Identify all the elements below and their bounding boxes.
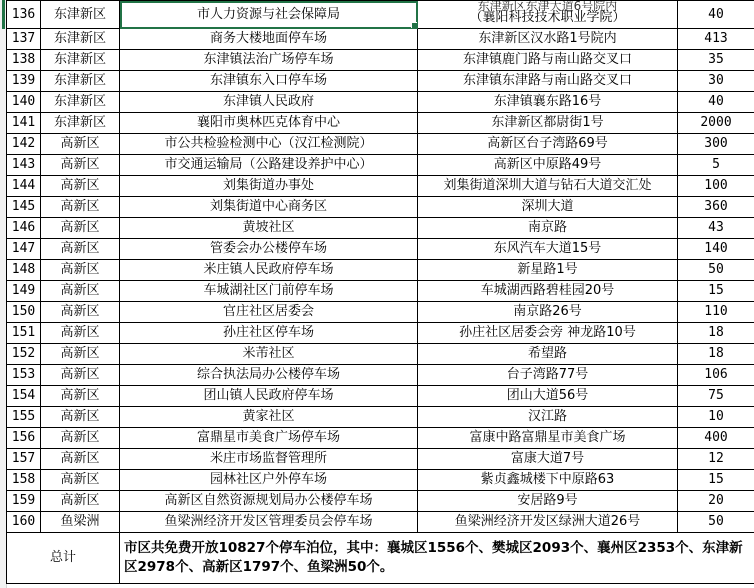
cell-name[interactable]: 刘集街道中心商务区 bbox=[120, 197, 418, 218]
cell-address[interactable]: 刘集街道深圳大道与钻石大道交汇处 bbox=[418, 176, 678, 197]
table-row: 142高新区市公共检验检测中心（汉江检测院）高新区台子湾路69号300 bbox=[7, 134, 754, 155]
cell-name[interactable]: 襄阳市奥林匹克体育中心 bbox=[120, 113, 418, 134]
cell-district[interactable]: 东津新区 bbox=[41, 92, 120, 113]
table-row: 151高新区孙庄社区停车场孙庄社区居委会旁 神龙路10号18 bbox=[7, 323, 754, 344]
cell-address[interactable]: 深圳大道 bbox=[418, 197, 678, 218]
cell-district[interactable]: 东津新区 bbox=[41, 1, 120, 29]
cell-count[interactable]: 360 bbox=[678, 197, 754, 218]
cell-district[interactable]: 高新区 bbox=[41, 155, 120, 176]
cell-address[interactable]: 紫贞鑫城楼下中原路63 bbox=[418, 470, 678, 491]
cell-index[interactable]: 160 bbox=[7, 512, 41, 533]
cell-count[interactable]: 10 bbox=[678, 407, 754, 428]
cell-address[interactable]: 高新区中原路49号 bbox=[418, 155, 678, 176]
cell-index[interactable]: 149 bbox=[7, 281, 41, 302]
cell-address[interactable]: 富康中路富鼎星市美食广场 bbox=[418, 428, 678, 449]
cell-index[interactable]: 146 bbox=[7, 218, 41, 239]
cell-district[interactable]: 高新区 bbox=[41, 260, 120, 281]
cell-count[interactable]: 400 bbox=[678, 428, 754, 449]
cell-index[interactable]: 137 bbox=[7, 29, 41, 50]
cell-district[interactable]: 东津新区 bbox=[41, 50, 120, 71]
cell-index[interactable]: 152 bbox=[7, 344, 41, 365]
cell-count[interactable]: 12 bbox=[678, 449, 754, 470]
cell-address[interactable]: 东津新区东津大道6号院内 （襄阳科技技术职业学院） bbox=[418, 1, 678, 29]
table-row: 154高新区团山镇人民政府停车场团山大道56号75 bbox=[7, 386, 754, 407]
cell-district[interactable]: 高新区 bbox=[41, 386, 120, 407]
cell-district[interactable]: 高新区 bbox=[41, 281, 120, 302]
cell-index[interactable]: 147 bbox=[7, 239, 41, 260]
cell-address[interactable]: 鱼梁洲经济开发区绿洲大道26号 bbox=[418, 512, 678, 533]
cell-name[interactable]: 米庄市场监督管理所 bbox=[120, 449, 418, 470]
cell-index[interactable]: 151 bbox=[7, 323, 41, 344]
cell-name[interactable]: 市交通运输局（公路建设养护中心） bbox=[120, 155, 418, 176]
table-row: 156高新区富鼎星市美食广场停车场富康中路富鼎星市美食广场400 bbox=[7, 428, 754, 449]
cell-name[interactable]: 米芾社区 bbox=[120, 344, 418, 365]
cell-index[interactable]: 142 bbox=[7, 134, 41, 155]
cell-district[interactable]: 高新区 bbox=[41, 365, 120, 386]
cell-name[interactable]: 东津镇法治广场停车场 bbox=[120, 50, 418, 71]
table-row: 149高新区车城湖社区门前停车场车城湖西路碧桂园20号15 bbox=[7, 281, 754, 302]
cell-name[interactable]: 市公共检验检测中心（汉江检测院） bbox=[120, 134, 418, 155]
cell-count[interactable]: 110 bbox=[678, 302, 754, 323]
cell-address[interactable]: 台子湾路77号 bbox=[418, 365, 678, 386]
cell-address[interactable]: 东津镇鹿门路与南山路交叉口 bbox=[418, 50, 678, 71]
cell-count[interactable]: 106 bbox=[678, 365, 754, 386]
cell-address[interactable]: 南京路26号 bbox=[418, 302, 678, 323]
cell-address[interactable]: 东津镇襄东路16号 bbox=[418, 92, 678, 113]
cell-index[interactable]: 139 bbox=[7, 71, 41, 92]
cell-address[interactable]: 东风汽车大道15号 bbox=[418, 239, 678, 260]
table-row: 157高新区米庄市场监督管理所富康大道7号12 bbox=[7, 449, 754, 470]
empty-cell[interactable] bbox=[7, 584, 754, 588]
cell-name[interactable]: 综合执法局办公楼停车场 bbox=[120, 365, 418, 386]
cell-name[interactable]: 管委会办公楼停车场 bbox=[120, 239, 418, 260]
cell-district[interactable]: 高新区 bbox=[41, 302, 120, 323]
cell-count[interactable]: 35 bbox=[678, 50, 754, 71]
cell-district[interactable]: 东津新区 bbox=[41, 71, 120, 92]
cell-district[interactable]: 高新区 bbox=[41, 470, 120, 491]
cell-count[interactable]: 50 bbox=[678, 512, 754, 533]
cell-district[interactable]: 高新区 bbox=[41, 239, 120, 260]
table-row: 148高新区米庄镇人民政府停车场新星路1号50 bbox=[7, 260, 754, 281]
total-row: 总计 市区共免费开放10827个停车泊位，其中：襄城区1556个、樊城区2093… bbox=[7, 533, 754, 584]
cell-index[interactable]: 148 bbox=[7, 260, 41, 281]
cell-name[interactable]: 富鼎星市美食广场停车场 bbox=[120, 428, 418, 449]
cell-index[interactable]: 155 bbox=[7, 407, 41, 428]
parking-table: 136 东津新区 市人力资源与社会保障局 东津新区东津大道6号院内 （襄阳科技技… bbox=[6, 0, 754, 588]
cell-index[interactable]: 141 bbox=[7, 113, 41, 134]
cell-name[interactable]: 米庄镇人民政府停车场 bbox=[120, 260, 418, 281]
cell-district[interactable]: 高新区 bbox=[41, 323, 120, 344]
cell-count[interactable]: 15 bbox=[678, 281, 754, 302]
cell-count[interactable]: 18 bbox=[678, 344, 754, 365]
cell-address[interactable]: 东津新区都尉街1号 bbox=[418, 113, 678, 134]
cell-index[interactable]: 156 bbox=[7, 428, 41, 449]
cell-name[interactable]: 商务大楼地面停车场 bbox=[120, 29, 418, 50]
cell-address[interactable]: 东津镇东津路与南山路交叉口 bbox=[418, 71, 678, 92]
cell-address[interactable]: 车城湖西路碧桂园20号 bbox=[418, 281, 678, 302]
table-row: 137东津新区商务大楼地面停车场东津新区汉水路1号院内413 bbox=[7, 29, 754, 50]
cell-count[interactable]: 100 bbox=[678, 176, 754, 197]
cell-district[interactable]: 高新区 bbox=[41, 491, 120, 512]
cell-address[interactable]: 南京路 bbox=[418, 218, 678, 239]
table-row: 141东津新区襄阳市奥林匹克体育中心东津新区都尉街1号2000 bbox=[7, 113, 754, 134]
cell-count[interactable]: 50 bbox=[678, 260, 754, 281]
cell-name[interactable]: 黄坡社区 bbox=[120, 218, 418, 239]
table-row: 150高新区官庄社区居委会南京路26号110 bbox=[7, 302, 754, 323]
table-row: 145高新区刘集街道中心商务区深圳大道360 bbox=[7, 197, 754, 218]
cell-district[interactable]: 高新区 bbox=[41, 407, 120, 428]
cell-name[interactable]: 高新区自然资源规划局办公楼停车场 bbox=[120, 491, 418, 512]
table-row: 136 东津新区 市人力资源与社会保障局 东津新区东津大道6号院内 （襄阳科技技… bbox=[7, 1, 754, 29]
cell-count[interactable]: 15 bbox=[678, 470, 754, 491]
cell-district[interactable]: 高新区 bbox=[41, 134, 120, 155]
cell-name-text: 市人力资源与社会保障局 bbox=[197, 7, 340, 22]
cell-name[interactable]: 东津镇东入口停车场 bbox=[120, 71, 418, 92]
table-row: 138东津新区东津镇法治广场停车场东津镇鹿门路与南山路交叉口35 bbox=[7, 50, 754, 71]
cell-index[interactable]: 145 bbox=[7, 197, 41, 218]
cell-address[interactable]: 汉江路 bbox=[418, 407, 678, 428]
cell-name[interactable]: 鱼梁洲经济开发区管理委员会停车场 bbox=[120, 512, 418, 533]
cell-address-line2: （襄阳科技技术职业学院） bbox=[469, 10, 625, 25]
cell-district[interactable]: 东津新区 bbox=[41, 29, 120, 50]
cell-address[interactable]: 团山大道56号 bbox=[418, 386, 678, 407]
cell-index[interactable]: 143 bbox=[7, 155, 41, 176]
table-row: 143高新区市交通运输局（公路建设养护中心）高新区中原路49号5 bbox=[7, 155, 754, 176]
table-row: 139东津新区东津镇东入口停车场东津镇东津路与南山路交叉口30 bbox=[7, 71, 754, 92]
cell-district[interactable]: 东津新区 bbox=[41, 113, 120, 134]
cell-name[interactable]: 车城湖社区门前停车场 bbox=[120, 281, 418, 302]
table-row: 146高新区黄坡社区南京路43 bbox=[7, 218, 754, 239]
cell-name[interactable]: 黄家社区 bbox=[120, 407, 418, 428]
cell-address[interactable]: 富康大道7号 bbox=[418, 449, 678, 470]
cell-count[interactable]: 413 bbox=[678, 29, 754, 50]
cell-name[interactable]: 孙庄社区停车场 bbox=[120, 323, 418, 344]
cell-district[interactable]: 鱼梁洲 bbox=[41, 512, 120, 533]
cell-address[interactable]: 新星路1号 bbox=[418, 260, 678, 281]
empty-row bbox=[7, 584, 754, 588]
table-row: 152高新区米芾社区希望路18 bbox=[7, 344, 754, 365]
fill-handle[interactable] bbox=[411, 22, 418, 29]
cell-district[interactable]: 高新区 bbox=[41, 176, 120, 197]
table-row: 155高新区黄家社区汉江路10 bbox=[7, 407, 754, 428]
cell-count[interactable]: 18 bbox=[678, 323, 754, 344]
cell-index[interactable]: 153 bbox=[7, 365, 41, 386]
cell-count[interactable]: 300 bbox=[678, 134, 754, 155]
cell-count[interactable]: 40 bbox=[678, 92, 754, 113]
cell-name[interactable]: 刘集街道办事处 bbox=[120, 176, 418, 197]
table-row: 159高新区高新区自然资源规划局办公楼停车场安居路9号20 bbox=[7, 491, 754, 512]
cell-index[interactable]: 157 bbox=[7, 449, 41, 470]
cell-count[interactable]: 75 bbox=[678, 386, 754, 407]
cell-index[interactable]: 136 bbox=[7, 1, 41, 29]
cell-index[interactable]: 140 bbox=[7, 92, 41, 113]
cell-count[interactable]: 43 bbox=[678, 218, 754, 239]
table-row: 147高新区管委会办公楼停车场东风汽车大道15号140 bbox=[7, 239, 754, 260]
cell-district[interactable]: 高新区 bbox=[41, 197, 120, 218]
cell-address[interactable]: 安居路9号 bbox=[418, 491, 678, 512]
cell-index[interactable]: 154 bbox=[7, 386, 41, 407]
cell-index[interactable]: 150 bbox=[7, 302, 41, 323]
cell-index[interactable]: 144 bbox=[7, 176, 41, 197]
table-row: 153高新区综合执法局办公楼停车场台子湾路77号106 bbox=[7, 365, 754, 386]
cell-name-selected[interactable]: 市人力资源与社会保障局 bbox=[120, 1, 418, 29]
cell-address[interactable]: 希望路 bbox=[418, 344, 678, 365]
cell-index[interactable]: 158 bbox=[7, 470, 41, 491]
selected-row-indicator bbox=[2, 0, 5, 29]
table-row: 144高新区刘集街道办事处刘集街道深圳大道与钻石大道交汇处100 bbox=[7, 176, 754, 197]
cell-address[interactable]: 高新区台子湾路69号 bbox=[418, 134, 678, 155]
cell-address[interactable]: 东津新区汉水路1号院内 bbox=[418, 29, 678, 50]
total-label-cell[interactable]: 总计 bbox=[7, 533, 120, 584]
table-row: 158高新区园林社区户外停车场紫贞鑫城楼下中原路6315 bbox=[7, 470, 754, 491]
total-summary-cell[interactable]: 市区共免费开放10827个停车泊位，其中：襄城区1556个、樊城区2093个、襄… bbox=[120, 533, 754, 584]
cell-index[interactable]: 159 bbox=[7, 491, 41, 512]
cell-count[interactable]: 20 bbox=[678, 491, 754, 512]
cell-count[interactable]: 2000 bbox=[678, 113, 754, 134]
cell-name[interactable]: 园林社区户外停车场 bbox=[120, 470, 418, 491]
cell-district[interactable]: 高新区 bbox=[41, 218, 120, 239]
table-row: 160鱼梁洲鱼梁洲经济开发区管理委员会停车场鱼梁洲经济开发区绿洲大道26号50 bbox=[7, 512, 754, 533]
cell-name[interactable]: 官庄社区居委会 bbox=[120, 302, 418, 323]
cell-count[interactable]: 40 bbox=[678, 1, 754, 29]
cell-name[interactable]: 团山镇人民政府停车场 bbox=[120, 386, 418, 407]
cell-count[interactable]: 140 bbox=[678, 239, 754, 260]
cell-district[interactable]: 高新区 bbox=[41, 449, 120, 470]
cell-count[interactable]: 30 bbox=[678, 71, 754, 92]
table-row: 140东津新区东津镇人民政府东津镇襄东路16号40 bbox=[7, 92, 754, 113]
spreadsheet-grid[interactable]: 136 东津新区 市人力资源与社会保障局 东津新区东津大道6号院内 （襄阳科技技… bbox=[6, 0, 754, 588]
cell-district[interactable]: 高新区 bbox=[41, 428, 120, 449]
cell-index[interactable]: 138 bbox=[7, 50, 41, 71]
cell-name[interactable]: 东津镇人民政府 bbox=[120, 92, 418, 113]
cell-district[interactable]: 高新区 bbox=[41, 344, 120, 365]
cell-count[interactable]: 5 bbox=[678, 155, 754, 176]
cell-address[interactable]: 孙庄社区居委会旁 神龙路10号 bbox=[418, 323, 678, 344]
